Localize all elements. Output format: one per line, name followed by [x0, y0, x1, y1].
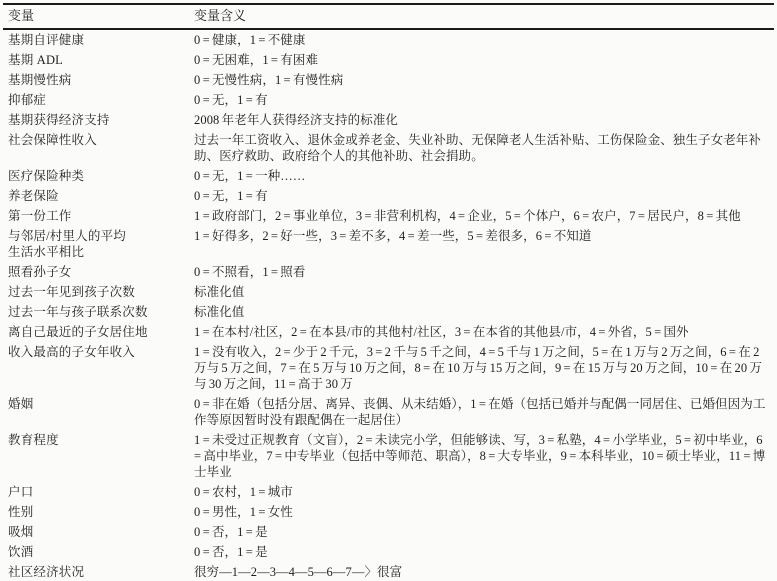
column-header-meaning: 变量含义 [194, 4, 774, 29]
variable-meaning: 1 = 好得多，2 = 好一些，3 = 差不多，4 = 差一些，5 = 差很多，… [194, 226, 774, 262]
variable-name: 照看孙子女 [3, 262, 194, 282]
table-row: 离自己最近的子女居住地1 = 在本村/社区，2 = 在本县/市的其他村/社区，3… [3, 322, 774, 342]
variable-meaning: 1 = 没有收入，2 = 少于 2 千元，3 = 2 千与 5 千之间，4 = … [194, 342, 774, 394]
variable-name: 婚姻 [3, 394, 194, 430]
table-row: 养老保险0 = 无，1 = 有 [3, 186, 774, 206]
header-row: 变量 变量含义 [3, 4, 774, 29]
variable-meaning: 0 = 非在婚（包括分居、离异、丧偶、从未结婚），1 = 在婚（包括已婚并与配偶… [194, 394, 774, 430]
table-row: 医疗保险种类0 = 无，1 = 一种…… [3, 166, 774, 186]
variable-name: 饮酒 [3, 542, 194, 562]
variable-name: 基期慢性病 [3, 70, 194, 90]
table-row: 吸烟0 = 否，1 = 是 [3, 522, 774, 542]
variable-meaning: 过去一年工资收入、退休金或养老金、失业补助、无保障老人生活补贴、工伤保险金、独生… [194, 130, 774, 166]
variable-meaning: 0 = 健康，1 = 不健康 [194, 29, 774, 50]
table-row: 教育程度1 = 未受过正规教育（文盲），2 = 未读完小学，但能够读、写，3 =… [3, 430, 774, 482]
variable-meaning: 2008 年老年人获得经济支持的标准化 [194, 110, 774, 130]
variable-name: 养老保险 [3, 186, 194, 206]
variable-name: 户口 [3, 482, 194, 502]
table-row: 照看孙子女0 = 不照看，1 = 照看 [3, 262, 774, 282]
table-row: 社区经济状况很穷—1—2—3—4—5—6—7—〉很富 [3, 562, 774, 581]
table-row: 过去一年与孩子联系次数标准化值 [3, 302, 774, 322]
variable-name: 离自己最近的子女居住地 [3, 322, 194, 342]
paper-table-page: 变量 变量含义 基期自评健康0 = 健康，1 = 不健康基期 ADL0 = 无困… [0, 0, 777, 581]
variable-name: 医疗保险种类 [3, 166, 194, 186]
variable-meaning: 1 = 在本村/社区，2 = 在本县/市的其他村/社区，3 = 在本省的其他县/… [194, 322, 774, 342]
variable-meaning: 0 = 农村，1 = 城市 [194, 482, 774, 502]
table-body: 基期自评健康0 = 健康，1 = 不健康基期 ADL0 = 无困难，1 = 有困… [3, 29, 774, 581]
table-row: 与邻居/村里人的平均 生活水平相比1 = 好得多，2 = 好一些，3 = 差不多… [3, 226, 774, 262]
variable-name: 社区经济状况 [3, 562, 194, 581]
variable-meaning: 0 = 无，1 = 有 [194, 186, 774, 206]
variable-name: 吸烟 [3, 522, 194, 542]
variable-name: 收入最高的子女年收入 [3, 342, 194, 394]
table-row: 饮酒0 = 否，1 = 是 [3, 542, 774, 562]
variable-meaning: 1 = 未受过正规教育（文盲），2 = 未读完小学，但能够读、写，3 = 私塾，… [194, 430, 774, 482]
variable-name: 教育程度 [3, 430, 194, 482]
table-row: 基期自评健康0 = 健康，1 = 不健康 [3, 29, 774, 50]
variables-definition-table: 变量 变量含义 基期自评健康0 = 健康，1 = 不健康基期 ADL0 = 无困… [3, 3, 774, 581]
table-row: 抑郁症0 = 无，1 = 有 [3, 90, 774, 110]
variable-meaning: 标准化值 [194, 302, 774, 322]
variable-meaning: 0 = 无慢性病，1 = 有慢性病 [194, 70, 774, 90]
variable-name: 抑郁症 [3, 90, 194, 110]
variable-name: 性别 [3, 502, 194, 522]
variable-meaning: 0 = 无，1 = 有 [194, 90, 774, 110]
table-row: 收入最高的子女年收入1 = 没有收入，2 = 少于 2 千元，3 = 2 千与 … [3, 342, 774, 394]
variable-meaning: 0 = 无，1 = 一种…… [194, 166, 774, 186]
table-row: 基期获得经济支持2008 年老年人获得经济支持的标准化 [3, 110, 774, 130]
variable-meaning: 0 = 无困难，1 = 有困难 [194, 50, 774, 70]
variable-meaning: 0 = 否，1 = 是 [194, 522, 774, 542]
variable-name: 基期获得经济支持 [3, 110, 194, 130]
table-row: 户口0 = 农村，1 = 城市 [3, 482, 774, 502]
variable-meaning: 标准化值 [194, 282, 774, 302]
table-row: 第一份工作1 = 政府部门，2 = 事业单位，3 = 非营利机构，4 = 企业，… [3, 206, 774, 226]
table-header: 变量 变量含义 [3, 4, 774, 29]
variable-name: 过去一年见到孩子次数 [3, 282, 194, 302]
variable-name: 基期自评健康 [3, 29, 194, 50]
variable-name: 社会保障性收入 [3, 130, 194, 166]
table-row: 性别0 = 男性，1 = 女性 [3, 502, 774, 522]
variable-name: 与邻居/村里人的平均 生活水平相比 [3, 226, 194, 262]
variable-meaning: 很穷—1—2—3—4—5—6—7—〉很富 [194, 562, 774, 581]
variable-name: 过去一年与孩子联系次数 [3, 302, 194, 322]
variable-name: 第一份工作 [3, 206, 194, 226]
variable-name: 基期 ADL [3, 50, 194, 70]
table-row: 婚姻0 = 非在婚（包括分居、离异、丧偶、从未结婚），1 = 在婚（包括已婚并与… [3, 394, 774, 430]
variable-meaning: 1 = 政府部门，2 = 事业单位，3 = 非营利机构，4 = 企业，5 = 个… [194, 206, 774, 226]
table-row: 过去一年见到孩子次数标准化值 [3, 282, 774, 302]
table-row: 基期慢性病0 = 无慢性病，1 = 有慢性病 [3, 70, 774, 90]
table-row: 社会保障性收入过去一年工资收入、退休金或养老金、失业补助、无保障老人生活补贴、工… [3, 130, 774, 166]
variable-meaning: 0 = 不照看，1 = 照看 [194, 262, 774, 282]
variable-meaning: 0 = 男性，1 = 女性 [194, 502, 774, 522]
variable-meaning: 0 = 否，1 = 是 [194, 542, 774, 562]
table-row: 基期 ADL0 = 无困难，1 = 有困难 [3, 50, 774, 70]
column-header-variable: 变量 [3, 4, 194, 29]
